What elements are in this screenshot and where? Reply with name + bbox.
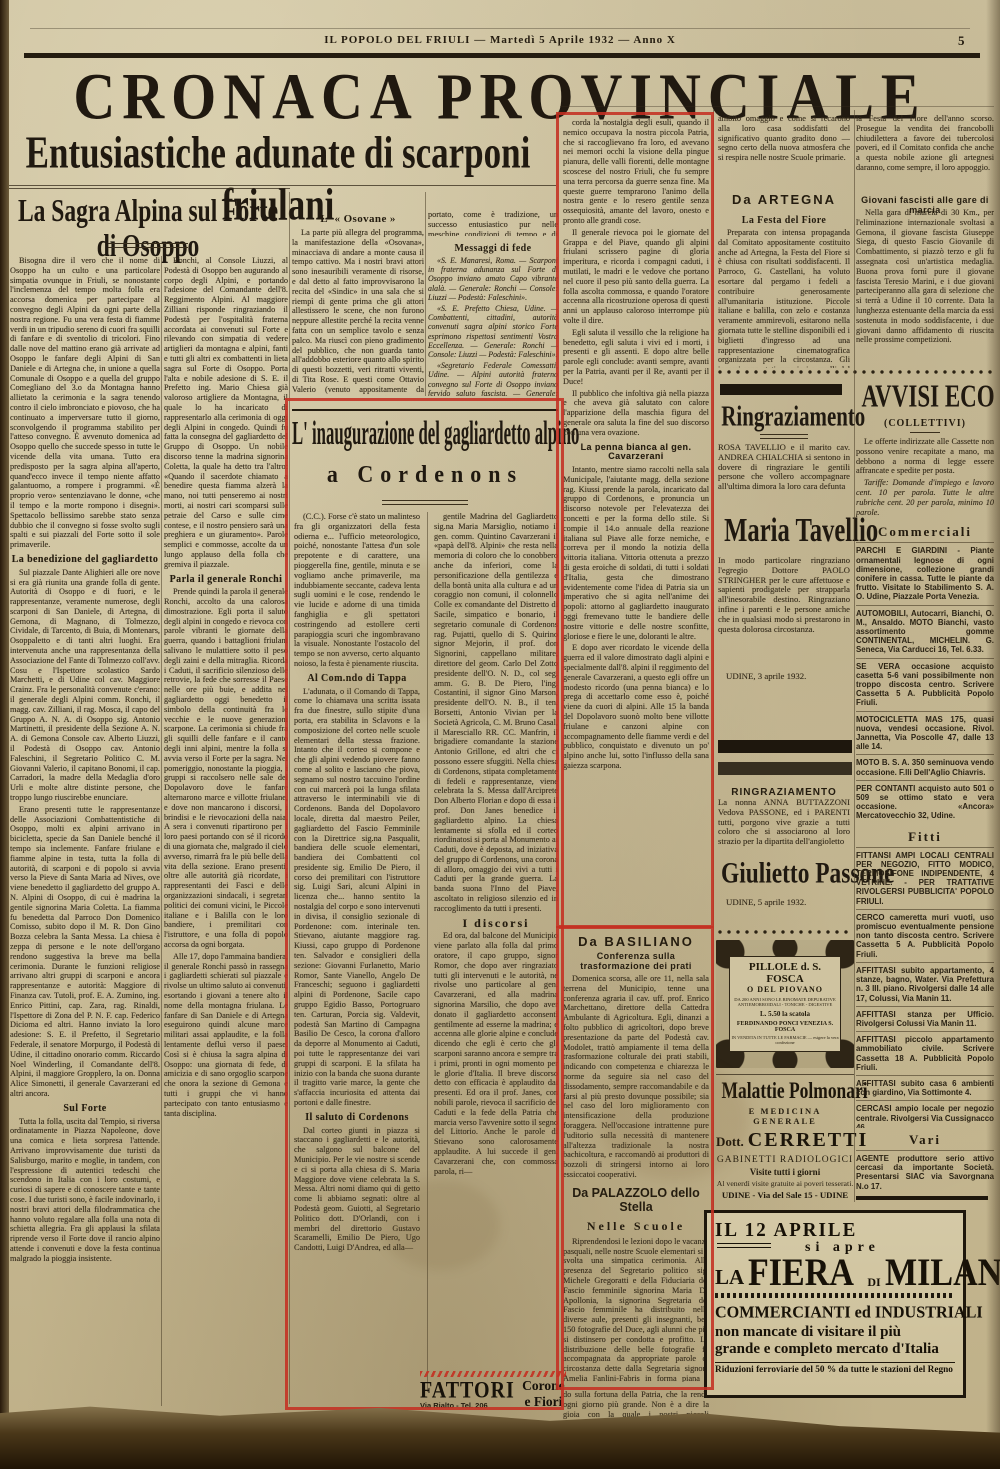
paragraph: La nonna ANNA BUTTAZZONI Vedova PASSONE,… (718, 798, 850, 847)
paragraph: la Festa del Fiore dell'anno scorso. Pro… (856, 114, 994, 173)
title-flourish (760, 434, 808, 439)
masthead-top-rule (30, 28, 970, 29)
cordenons-top-rule (292, 409, 558, 411)
subhead-palazzolo: Nelle Scuole (563, 1219, 709, 1234)
column-rule (854, 110, 855, 1202)
newspaper-page: IL POPOLO DEL FRIULI — Martedì 5 Aprile … (0, 0, 1000, 1469)
subhead-tappa: Al Com.ndo di Tappa (294, 674, 420, 684)
classified-section-fitti: Fitti (856, 829, 994, 845)
article-osovane-body: La parte più allegra del programma, la m… (292, 228, 424, 396)
paragraph: In modo particolare ringraziano l'egregi… (718, 556, 850, 634)
masthead-line: IL POPOLO DEL FRIULI — Martedì 5 Aprile … (0, 34, 1000, 46)
classified-ad: AFFITTASI stanza per Ufficio. Rivolgersi… (856, 1006, 994, 1031)
date-line: UDINE, 3 aprile 1932. (718, 672, 850, 682)
fiera-line5: non mancate di visitare il più (715, 1324, 955, 1341)
paragraph: E dopo aver ricordato le vicende della g… (563, 643, 709, 770)
fiera-date: IL 12 APRILE (715, 1219, 955, 1242)
paragraph: Il generale rievoca poi le giornate del … (563, 228, 709, 326)
paragraph: Erano presenti tutte le rappresentanze d… (10, 805, 160, 1099)
column-rule (289, 192, 290, 1404)
lutto2-name: Giulietto Passone (721, 856, 847, 891)
classified-ad: FITTANSI AMPI LOCALI CENTRALI PER NEGOZI… (856, 847, 994, 909)
subhead-festa-fiore: La Festa del Fiore (718, 215, 850, 226)
subhead-benedizione: La benedizione del gagliardetto (10, 555, 160, 565)
fattori-name: FATTORI (420, 1378, 515, 1404)
fiera-di: DI (867, 1275, 880, 1290)
lutto1-name: Maria Tavellio (724, 512, 844, 550)
fiera-line6: grande e completo mercato d'Italia (715, 1341, 955, 1358)
paragraph: La parte più allegra del programma, la m… (292, 228, 424, 396)
paragraph: Bisogna dire il vero che il nome di Osop… (10, 256, 160, 550)
page-edge-left (0, 0, 9, 1469)
classified-ad: AFFITTASI piccolo appartamento ammobilia… (856, 1031, 994, 1075)
article-cordenons-colA: (C.C.). Forse c'è stato un malinteso fra… (294, 512, 420, 1392)
paragraph: ROSA TAVELLIO e il marito cav. ANDREA CH… (718, 443, 850, 492)
article-title-artegna: Da ARTEGNA (718, 192, 850, 207)
fiera-la: LA (715, 1265, 744, 1290)
lutto1-intro: ROSA TAVELLIO e il marito cav. ANDREA CH… (718, 443, 850, 513)
article-title-cordenons: L' inaugurazione del gagliardetto alpino (292, 414, 559, 453)
fiera-milano-word: MILANO (885, 1256, 1000, 1290)
paragraph: (C.C.). Forse c'è stato un malinteso fra… (294, 512, 420, 669)
telegram: «Segretario Federale Comessatti, Udine. … (428, 361, 558, 396)
title-flourish (108, 243, 188, 248)
subhead-saluto: Il saluto di Cordenons (294, 1113, 420, 1123)
pillole-line4: ANTIEMORROIDALI - TONICHE - DIGESTIVE (730, 1002, 840, 1007)
section-rule (560, 106, 994, 107)
cerretti-title: Malattie Polmonari (722, 1079, 849, 1105)
artegna-pre: ambito omaggio e come si recarono alla l… (718, 114, 850, 190)
artegna-body: Preparata con intensa propaganda dal Com… (718, 228, 850, 368)
paragraph: Ed ora, dal balcone del Municipio viene … (434, 931, 558, 1176)
classified-ad: PER CONTANTI acquisto auto 501 o 509 se … (856, 780, 994, 824)
fattori-line2: e Fiori (521, 1394, 566, 1410)
pillole-maker: FERDINANDO PONCI VENEZIA S. FOSCA (730, 1021, 840, 1033)
article-title-osovane: L' « Osovane » (292, 213, 424, 225)
classified-ad: AUTOMOBILI, Autocarri, Bianchi, O. M., A… (856, 605, 994, 658)
cerretti-line2: E MEDICINA GENERALE (716, 1106, 854, 1126)
black-bar (718, 762, 852, 775)
article-title-basiliano: Da BASILIANO (563, 934, 709, 949)
paragraph: Preparata con intensa propaganda dal Com… (718, 228, 850, 368)
classified-ad: AGENTE produttore serio attivo cercasi d… (856, 1150, 994, 1194)
paragraph: portato, come è tradizione, un successo … (428, 210, 558, 236)
paragraph: Dal corteo giunti in piazza si staccano … (294, 1126, 420, 1253)
avvisi-tariffe: Tariffe: Domande d'impiego e lavoro cent… (856, 478, 994, 517)
paragraph: Egli saluta il vessillo che la religione… (563, 328, 709, 387)
fattori-line1: Corone (521, 1378, 566, 1394)
column-end-rule (856, 1196, 988, 1200)
fiera-line4: COMMERCIANTI ed INDUSTRIALI (715, 1302, 950, 1323)
subhead-messaggi: Messaggi di fede (428, 243, 558, 254)
classified-section-vari: Vari (856, 1132, 994, 1148)
marcia-body: Nella gara di marcia di 30 Km., per l'el… (856, 208, 994, 366)
pillole-note: IN VENDITA IN TUTTE LE FARMACIE — esiger… (730, 1035, 840, 1045)
classified-section-commerciali: Commerciali (856, 524, 994, 540)
title-flourish (382, 500, 468, 505)
classified-ad: MOTO B. S. A. 350 seminuova vendo occasi… (856, 754, 994, 779)
paragraph: Ronchi, al Console Liuzzi, al Podestà di… (164, 256, 288, 570)
date-line: UDINE, 5 aprile 1932. (718, 898, 850, 908)
lutto2-date: UDINE, 5 aprile 1932. (718, 898, 850, 912)
lutto1-head: Ringraziamento (721, 400, 846, 433)
pillole-title: PILLOLE d. S. FOSCA (730, 961, 840, 985)
lutto2-head: RINGRAZIAMENTO (718, 787, 850, 798)
paragraph: gentile Madrina del Gagliardetto sig.na … (434, 512, 558, 914)
cerretti-line4: GABINETTI RADIOLOGICI (716, 1155, 854, 1165)
fiera-word: FIERA (748, 1256, 854, 1290)
subhead-basiliano: Conferenza sulla trasformazione dei prat… (563, 951, 709, 971)
diamond-separator (716, 928, 853, 936)
avvisi-subtitle: (COLLETTIVI) (856, 418, 994, 429)
lutto2-intro: La nonna ANNA BUTTAZZONI Vedova PASSONE,… (718, 798, 850, 858)
paragraph: Sul piazzale Dante Alighieri alle ore no… (10, 568, 160, 803)
article-sagra-col2: Ronchi, al Console Liuzzi, al Podestà di… (164, 256, 288, 1406)
avvisi-title: AVVISI ECONOMICI (862, 380, 989, 415)
messaggi-lead: portato, come è tradizione, un successo … (428, 210, 558, 236)
fiera-milano-ad: IL 12 APRILE si apre LA FIERA DI MILANO … (704, 1210, 966, 1398)
paragraph: Riprendendosi le lezioni dopo le vacanze… (563, 1237, 709, 1382)
cerretti-line7: UDINE - Via del Sale 15 - UDINE (716, 1190, 854, 1200)
classified-ad: AFFITTASI subito casa 6 ambienti con gia… (856, 1075, 994, 1100)
telegram: «S. E. Manaresi, Roma. — Scarponi in fra… (428, 256, 558, 302)
subhead-discorsi: I discorsi (434, 919, 558, 929)
black-bar (718, 740, 852, 753)
paragraph: corda la nostalgia degli esuli, quando i… (563, 118, 709, 226)
pillole-subtitle: O DEL PIOVANO (730, 985, 840, 994)
article-subtitle-cordenons: a Cordenons (292, 460, 558, 489)
paragraph: Tutta la folla, uscita dal Tempio, si ri… (10, 1117, 160, 1264)
telegram: «S. E. Prefetto Chiesa, Udine. — Combatt… (428, 304, 558, 359)
paragraph: Domenica scorsa, alle ore 11, nella sala… (563, 974, 709, 1180)
page-number: 5 (958, 33, 965, 49)
classifieds-column: AVVISI ECONOMICI (COLLETTIVI) Le offerte… (856, 380, 994, 1128)
article-penna-bianca: corda la nostalgia degli esuli, quando i… (563, 118, 709, 920)
lutto1-date: UDINE, 3 aprile 1932. (718, 672, 850, 686)
subhead-parla-ronchi: Parla il generale Ronchi (164, 575, 288, 585)
artegna-cont: la Festa del Fiore dell'anno scorso. Pro… (856, 114, 994, 186)
paragraph: Nella gara di marcia di 30 Km., per l'el… (856, 208, 994, 345)
page-edge-right (986, 0, 1000, 1469)
subhead-penna-bianca: La penna bianca al gen. Cavarzerani (563, 443, 709, 463)
paragraph: Intanto, mentre siamo raccolti nella sal… (563, 465, 709, 641)
classified-ad: SE VERA occasione acquisto casetta 5-6 v… (856, 658, 994, 711)
classified-ad: PARCHI E GIARDINI - Piante ornamentali l… (856, 542, 994, 604)
article-title-palazzolo: Da PALAZZOLO dello Stella (563, 1186, 709, 1214)
black-bar (720, 384, 842, 395)
red-zigzag-annotation (420, 1371, 566, 1377)
paragraph: Il pubblico che infoltiva già nella piaz… (563, 389, 709, 438)
paragraph: ambito omaggio e come si recarono alla l… (718, 114, 850, 163)
avvisi-intro: Le offerte indirizzate alle Cassette non… (856, 437, 994, 476)
article-title-sagra: La Sagra Alpina sul Forte di Osoppo (9, 195, 287, 265)
fiera-line7: Riduzioni ferroviarie del 50 % da tutte … (715, 1362, 955, 1375)
column-rule (713, 110, 714, 1398)
pillole-price: L. 5.50 la scatola (730, 1010, 840, 1018)
classified-ad: CERCASI ampio locale per negozio central… (856, 1100, 994, 1128)
pillole-ad: PILLOLE d. S. FOSCA O DEL PIOVANO DA 200… (716, 940, 854, 1068)
paragraph: Prende quindi la parola il generale Ronc… (164, 587, 288, 949)
classified-ad: AFFITTASI subito appartamento, 4 stanze,… (856, 962, 994, 1006)
fiera-title-row: LA FIERA DI MILANO (715, 1258, 955, 1290)
paragraph: L'adunata, o il Comando di Tappa, come l… (294, 687, 420, 1108)
classified-ad: CERCO cameretta muri vuoti, uso promiscu… (856, 909, 994, 962)
cerretti-ad: Malattie Polmonari E MEDICINA GENERALE D… (716, 1074, 854, 1204)
article-sagra-col1: Bisogna dire il vero che il nome di Osop… (10, 256, 160, 1406)
cerretti-line5: Visite tutti i giorni (716, 1167, 854, 1177)
classified-ad: MOTOCICLETTA MAS 175, quasi nuova, vende… (856, 711, 994, 755)
lutto1-body: In modo particolare ringraziano l'egregi… (718, 556, 850, 664)
column-rule (161, 256, 162, 1406)
messaggi-telegrams: «S. E. Manaresi, Roma. — Scarponi in fra… (428, 256, 558, 396)
cerretti-dott: Dott. (716, 1134, 744, 1149)
column-rule (425, 192, 426, 396)
article-cordenons-colB: gentile Madrina del Gagliardetto sig.na … (434, 512, 558, 1392)
cerretti-line6: Al venerdì visite gratuite ai poveri tes… (716, 1179, 854, 1188)
subhead-sul-forte: Sul Forte (10, 1104, 160, 1114)
article-basiliano-palazzolo: Da BASILIANO Conferenza sulla trasformaz… (563, 934, 709, 1382)
paragraph: Alle 17, dopo l'ammaina bandiera, il gen… (164, 952, 288, 1119)
cerretti-name: CERRETTI (748, 1129, 868, 1151)
